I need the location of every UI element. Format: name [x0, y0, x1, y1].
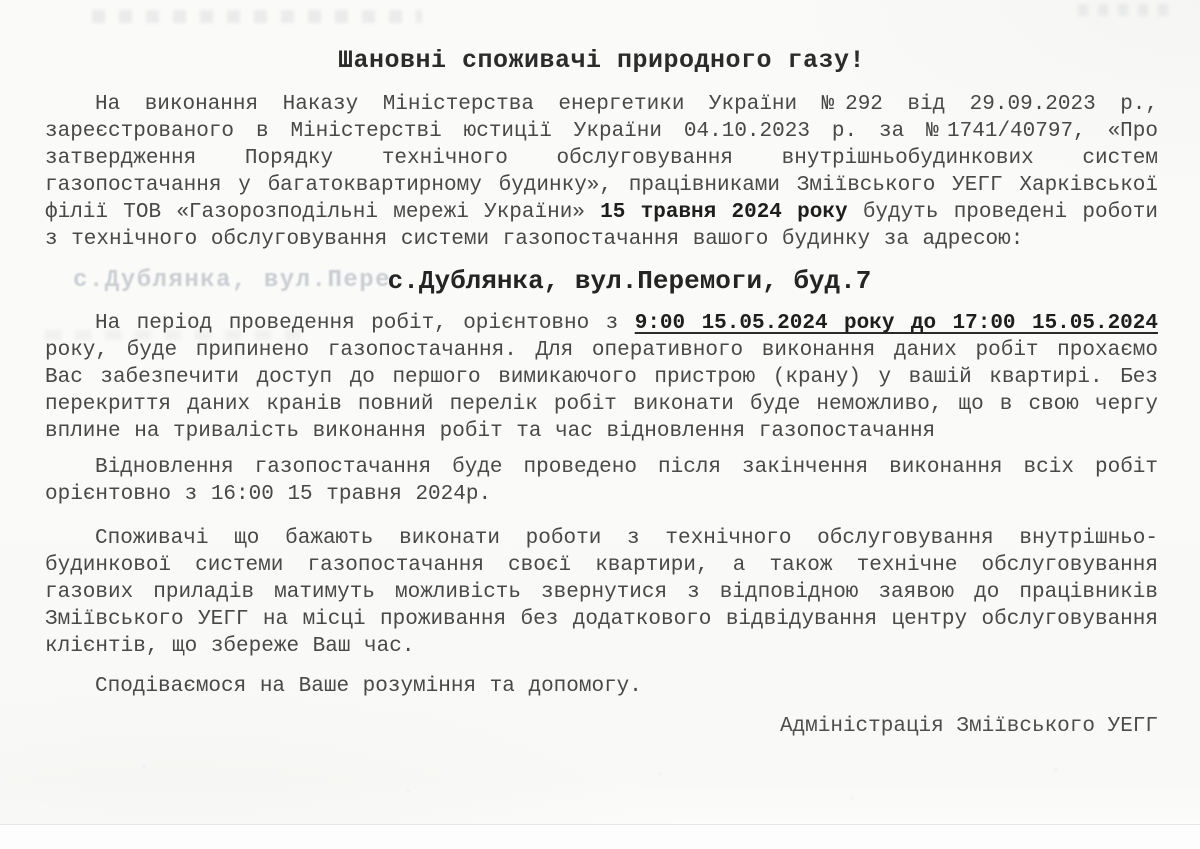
scanned-document-page: с.Дублянка, вул.Пере Шановні споживачі п…: [0, 0, 1200, 849]
signature-line: Адміністрація Зміївського УЕГГ: [45, 713, 1158, 740]
paragraph-additional-services: Споживачі що бажають виконати роботи з т…: [45, 525, 1158, 660]
paragraph1-date-bold: 15 травня 2024 року: [600, 201, 847, 224]
paragraph-restoration: Відновлення газопостачання буде проведен…: [45, 454, 1158, 508]
paragraph-outage-period: На період проведення робіт, орієнтовно з…: [45, 310, 1158, 445]
document-title: Шановні споживачі природного газу!: [45, 46, 1158, 76]
paragraph-closing: Сподіваємося на Ваше розуміння та допомо…: [45, 673, 1158, 700]
paragraph2-text-start: На період проведення робіт, орієнтовно з: [95, 312, 635, 335]
document-content: Шановні споживачі природного газу! На ви…: [0, 0, 1200, 849]
paragraph2-time-range-bold-underline: 9:00 15.05.2024 року до 17:00 15.05.2024: [635, 312, 1158, 335]
paragraph-order-info: На виконання Наказу Міністерства енергет…: [45, 91, 1158, 253]
service-address: с.Дублянка, вул.Перемоги, буд.7: [73, 265, 1186, 297]
paragraph2-text-end: року, буде припинено газопостачання. Для…: [45, 339, 1158, 443]
